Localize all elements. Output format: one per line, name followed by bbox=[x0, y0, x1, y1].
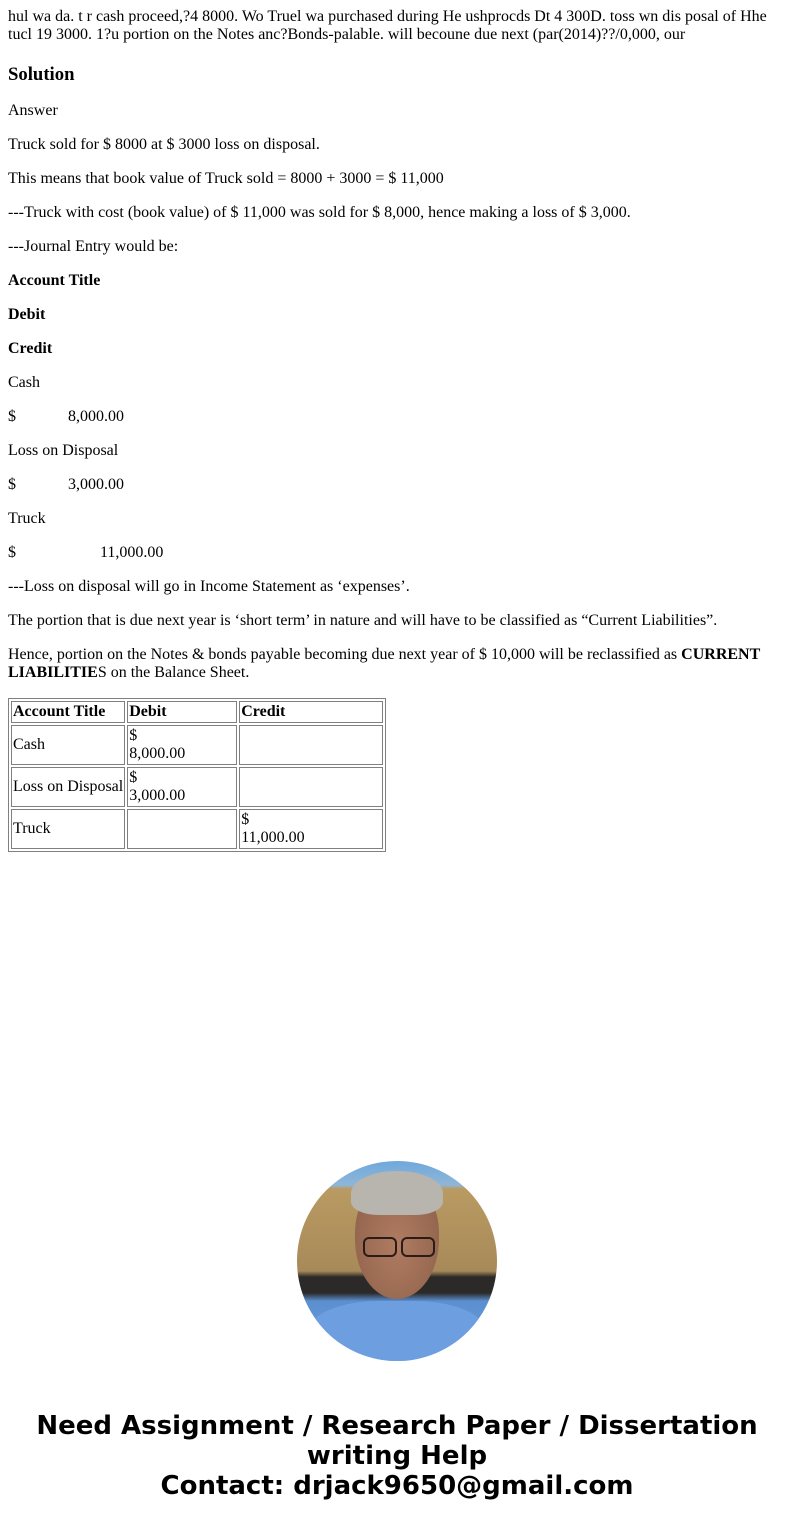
table-row: Truck $11,000.00 bbox=[11, 809, 383, 849]
credit-currency: $ bbox=[241, 811, 249, 828]
avatar-shirt bbox=[307, 1301, 487, 1361]
currency-symbol: $ bbox=[8, 476, 16, 494]
cell-debit: $8,000.00 bbox=[127, 725, 237, 765]
promo-line-2: writing Help bbox=[0, 1441, 794, 1471]
flat-header-debit: Debit bbox=[8, 306, 786, 324]
line7-prefix: Hence, portion on the Notes & bonds paya… bbox=[8, 646, 681, 663]
promo-banner: Need Assignment / Research Paper / Disse… bbox=[0, 1411, 794, 1501]
credit-amount: 11,000.00 bbox=[241, 829, 304, 846]
solution-line-1: Truck sold for $ 8000 at $ 3000 loss on … bbox=[8, 136, 786, 154]
solution-line-5: ---Loss on disposal will go in Income St… bbox=[8, 578, 786, 596]
table-header-row: Account Title Debit Credit bbox=[11, 701, 383, 723]
avatar-hair bbox=[351, 1171, 443, 1215]
currency-symbol: $ bbox=[8, 408, 16, 426]
solution-line-3: ---Truck with cost (book value) of $ 11,… bbox=[8, 204, 786, 222]
flat-amount-truck: $11,000.00 bbox=[8, 544, 786, 562]
flat-amount-cash: $8,000.00 bbox=[8, 408, 786, 426]
table-row: Loss on Disposal $3,000.00 bbox=[11, 767, 383, 807]
flat-header-account: Account Title bbox=[8, 272, 786, 290]
cell-debit bbox=[127, 809, 237, 849]
flat-header-account-text: Account Title bbox=[8, 272, 100, 289]
flat-header-debit-text: Debit bbox=[8, 306, 45, 323]
amount-value: 11,000.00 bbox=[100, 544, 163, 561]
glasses-icon bbox=[401, 1237, 435, 1257]
amount-value: 3,000.00 bbox=[68, 476, 124, 493]
flat-header-credit-text: Credit bbox=[8, 340, 52, 357]
debit-amount: 8,000.00 bbox=[129, 745, 185, 762]
tutor-avatar-photo bbox=[297, 1161, 497, 1361]
table-row: Cash $8,000.00 bbox=[11, 725, 383, 765]
debit-currency: $ bbox=[129, 727, 137, 744]
promo-contact: Contact: drjack9650@gmail.com bbox=[0, 1471, 794, 1501]
flat-amount-loss: $3,000.00 bbox=[8, 476, 786, 494]
solution-line-6: The portion that is due next year is ‘sh… bbox=[8, 612, 786, 630]
cell-debit: $3,000.00 bbox=[127, 767, 237, 807]
flat-account-cash: Cash bbox=[8, 374, 786, 392]
page-content: hul wa da. t r cash proceed,?4 8000. Wo … bbox=[0, 8, 794, 852]
solution-line-4: ---Journal Entry would be: bbox=[8, 238, 786, 256]
header-account-title: Account Title bbox=[11, 701, 125, 723]
flat-header-credit: Credit bbox=[8, 340, 786, 358]
cell-credit: $11,000.00 bbox=[239, 809, 383, 849]
glasses-icon bbox=[363, 1237, 397, 1257]
flat-account-loss: Loss on Disposal bbox=[8, 442, 786, 460]
solution-line-2: This means that book value of Truck sold… bbox=[8, 170, 786, 188]
debit-amount: 3,000.00 bbox=[129, 787, 185, 804]
promo-line-1: Need Assignment / Research Paper / Disse… bbox=[0, 1411, 794, 1441]
flat-account-truck: Truck bbox=[8, 510, 786, 528]
cell-account: Loss on Disposal bbox=[11, 767, 125, 807]
currency-symbol: $ bbox=[8, 544, 16, 562]
cell-account: Cash bbox=[11, 725, 125, 765]
header-credit: Credit bbox=[239, 701, 383, 723]
answer-label: Answer bbox=[8, 102, 786, 120]
cell-credit bbox=[239, 725, 383, 765]
amount-value: 8,000.00 bbox=[68, 408, 124, 425]
question-text: hul wa da. t r cash proceed,?4 8000. Wo … bbox=[8, 8, 786, 44]
journal-entry-table: Account Title Debit Credit Cash $8,000.0… bbox=[8, 698, 386, 852]
cell-account: Truck bbox=[11, 809, 125, 849]
solution-heading: Solution bbox=[8, 64, 786, 86]
line7-suffix: S on the Balance Sheet. bbox=[98, 664, 250, 681]
cell-credit bbox=[239, 767, 383, 807]
debit-currency: $ bbox=[129, 769, 137, 786]
header-debit: Debit bbox=[127, 701, 237, 723]
solution-line-7: Hence, portion on the Notes & bonds paya… bbox=[8, 646, 786, 682]
